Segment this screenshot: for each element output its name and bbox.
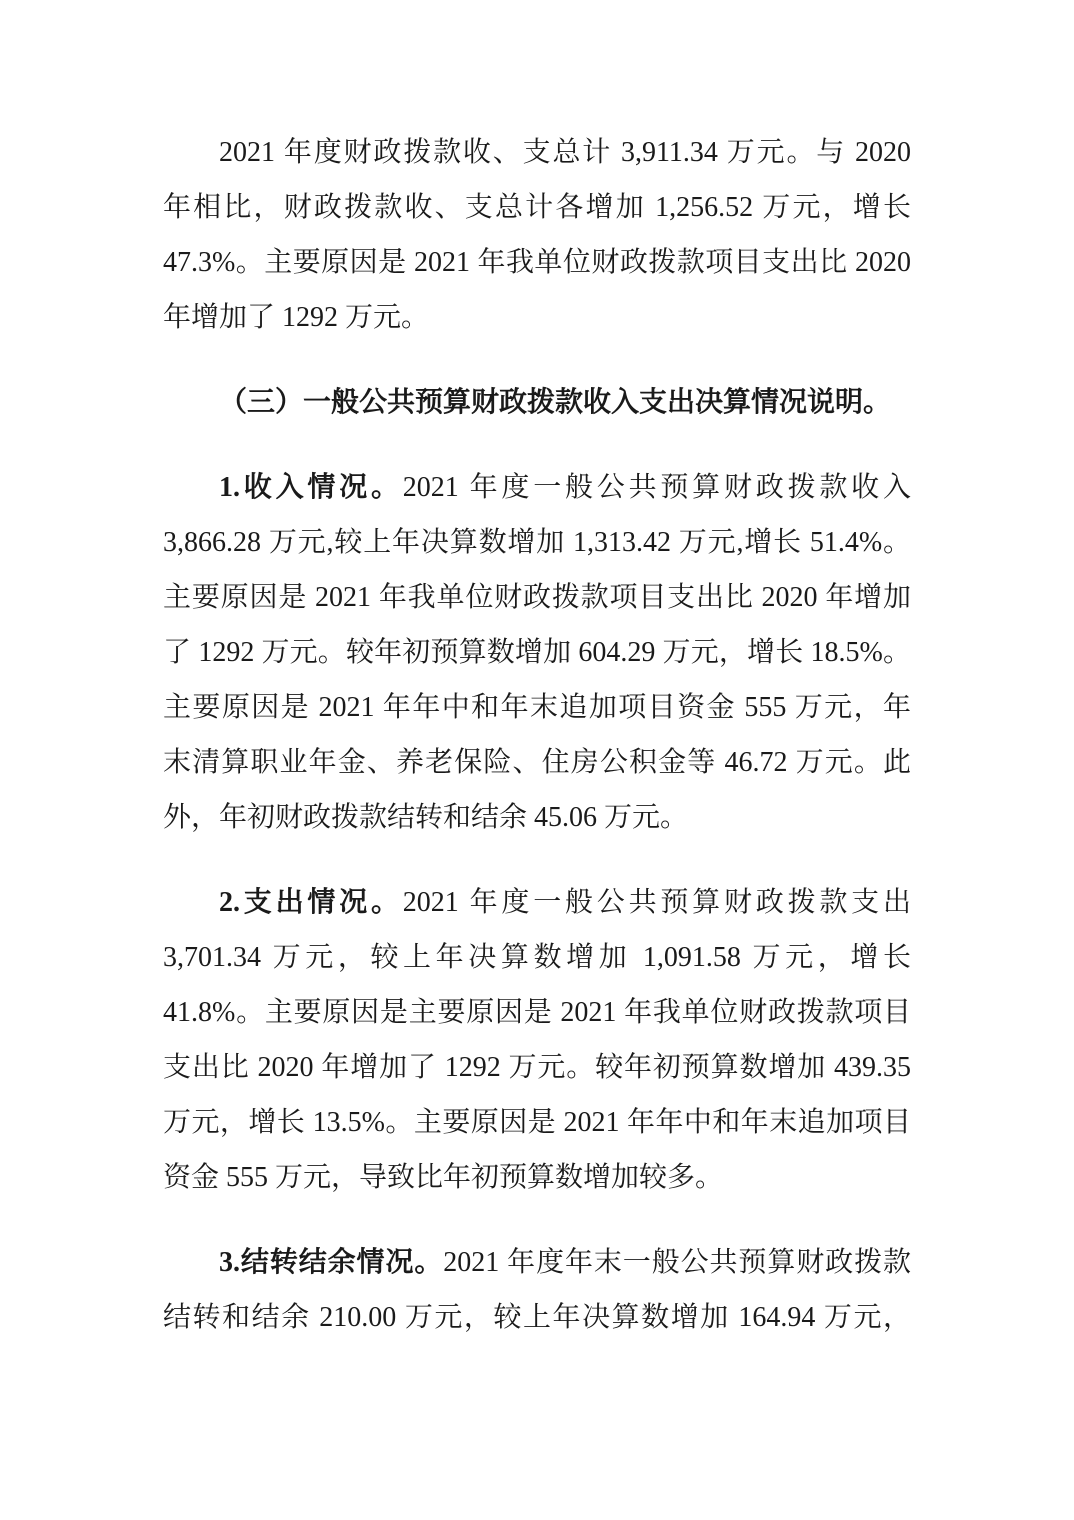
text-line: 外，年初财政拨款结转和结余 45.06 万元。 [163,790,911,845]
expenditure-label: 2.支出情况。 [219,887,403,918]
document-body: 2021 年度财政拨款收、支总计 3,911.34 万元。与 2020 年相比，… [163,125,911,1375]
text-run: 2021 年度一般公共预算财政拨款收入 [403,472,911,503]
text-line: 年相比，财政拨款收、支总计各增加 1,256.52 万元，增长 [163,180,911,235]
text-line: 1.收入情况。2021 年度一般公共预算财政拨款收入 [163,460,911,515]
text-run: 2021 年度一般公共预算财政拨款支出 [403,887,911,918]
paragraph-income: 1.收入情况。2021 年度一般公共预算财政拨款收入 3,866.28 万元,较… [163,460,911,845]
section-heading: （三）一般公共预算财政拨款收入支出决算情况说明。 [163,375,911,430]
income-label: 1.收入情况。 [219,472,403,503]
paragraph-carryover: 3.结转结余情况。2021 年度年末一般公共预算财政拨款 结转和结余 210.0… [163,1235,911,1345]
text-line: 3,866.28 万元,较上年决算数增加 1,313.42 万元,增长 51.4… [163,515,911,570]
text-line: 3,701.34 万元，较上年决算数增加 1,091.58 万元，增长 [163,930,911,985]
text-line: 47.3%。主要原因是 2021 年我单位财政拨款项目支出比 2020 [163,235,911,290]
text-line: 万元，增长 13.5%。主要原因是 2021 年年中和年末追加项目 [163,1095,911,1150]
paragraph-expenditure: 2.支出情况。2021 年度一般公共预算财政拨款支出 3,701.34 万元，较… [163,875,911,1205]
text-line: 结转和结余 210.00 万元，较上年决算数增加 164.94 万元， [163,1290,911,1345]
text-line: 41.8%。主要原因是主要原因是 2021 年我单位财政拨款项目 [163,985,911,1040]
section-heading-paragraph: （三）一般公共预算财政拨款收入支出决算情况说明。 [163,375,911,430]
text-line: 支出比 2020 年增加了 1292 万元。较年初预算数增加 439.35 [163,1040,911,1095]
carryover-label: 3.结转结余情况。 [219,1247,443,1278]
text-run: 2021 年度年末一般公共预算财政拨款 [443,1247,911,1278]
text-line: 了 1292 万元。较年初预算数增加 604.29 万元，增长 18.5%。 [163,625,911,680]
text-line: 年增加了 1292 万元。 [163,290,911,345]
text-line: 主要原因是 2021 年年中和年末追加项目资金 555 万元，年 [163,680,911,735]
text-line: 3.结转结余情况。2021 年度年末一般公共预算财政拨款 [163,1235,911,1290]
text-line: 主要原因是 2021 年我单位财政拨款项目支出比 2020 年增加 [163,570,911,625]
text-line: 2021 年度财政拨款收、支总计 3,911.34 万元。与 2020 [163,125,911,180]
text-line: 资金 555 万元，导致比年初预算数增加较多。 [163,1150,911,1205]
text-line: 2.支出情况。2021 年度一般公共预算财政拨款支出 [163,875,911,930]
document-page: 2021 年度财政拨款收、支总计 3,911.34 万元。与 2020 年相比，… [0,0,1074,1520]
paragraph-fiscal-summary: 2021 年度财政拨款收、支总计 3,911.34 万元。与 2020 年相比，… [163,125,911,345]
text-line: 末清算职业年金、养老保险、住房公积金等 46.72 万元。此 [163,735,911,790]
